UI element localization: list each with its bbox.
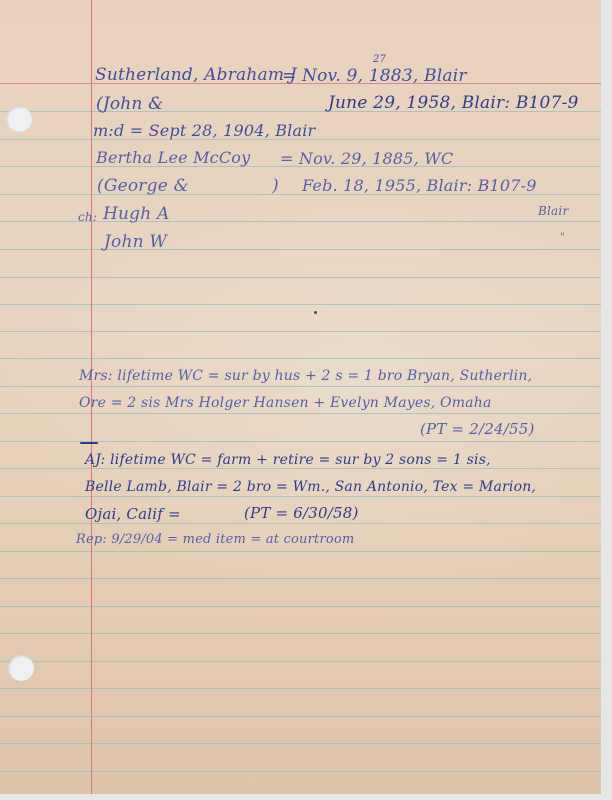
aj-obit-line-3: Ojai, Calif = (85, 507, 181, 522)
section-dash (80, 442, 98, 444)
spouse-name: Bertha Lee McCoy (96, 150, 250, 166)
child-name-1: Hugh A (103, 206, 170, 223)
child-name-2: John W (104, 234, 167, 251)
subject-death: June 29, 1958, Blair: B107-9 (328, 95, 579, 112)
paper-speck (314, 311, 317, 314)
spouse-parents-close: ) (272, 178, 279, 195)
notebook-page: Sutherland, Abraham J 27 = Nov. 9, 1883,… (0, 0, 601, 794)
aj-obit-line-1: AJ: lifetime WC = farm + retire = sur by… (85, 453, 491, 467)
child-place-2: " (560, 233, 565, 243)
spouse-death: Feb. 18, 1955, Blair: B107-9 (302, 178, 537, 194)
birth-date-correction: 27 (373, 55, 386, 65)
spouse-birth: = Nov. 29, 1885, WC (280, 151, 453, 167)
aj-obit-source: (PT = 6/30/58) (244, 506, 359, 521)
children-label: ch: (78, 211, 97, 223)
binder-hole-bottom (8, 655, 34, 681)
mrs-obit-line-2: Ore = 2 sis Mrs Holger Hansen + Evelyn M… (79, 396, 492, 410)
subject-birth: = Nov. 9, 1883, Blair (282, 68, 467, 85)
rep-note: Rep: 9/29/04 = med item = at courtroom (76, 533, 354, 546)
child-place-1: Blair (538, 205, 568, 217)
subject-name: Sutherland, Abraham J (95, 67, 297, 84)
aj-obit-line-2: Belle Lamb, Blair = 2 bro = Wm., San Ant… (85, 480, 536, 494)
subject-parents: (John & (96, 96, 164, 113)
spouse-parents: (George & (97, 178, 189, 195)
marriage: m:d = Sept 28, 1904, Blair (93, 123, 315, 139)
mrs-obit-source: (PT = 2/24/55) (420, 422, 535, 437)
mrs-obit-line-1: Mrs: lifetime WC = sur by hus + 2 s = 1 … (79, 369, 532, 383)
binder-hole-top (6, 106, 32, 132)
